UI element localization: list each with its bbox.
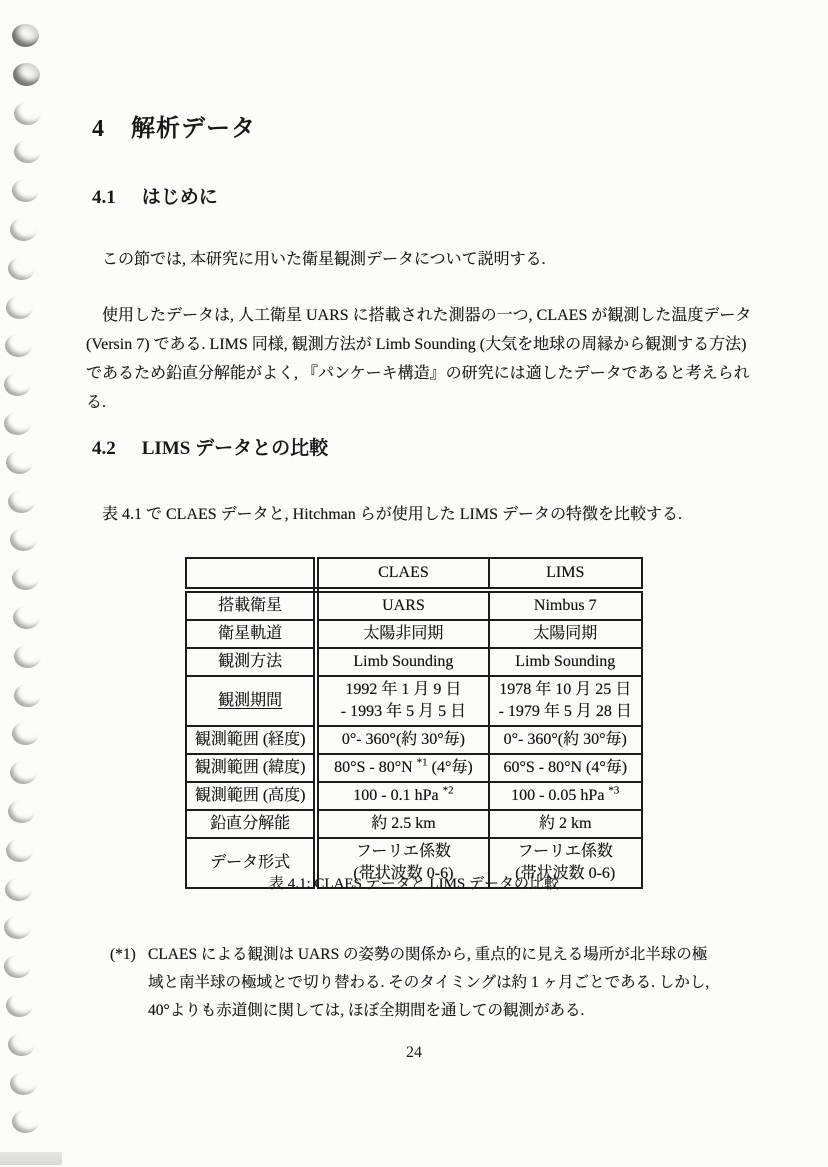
binding-hole	[5, 334, 32, 357]
binding-hole	[12, 1110, 39, 1133]
binding-hole	[6, 451, 33, 474]
table-header-lims: LIMS	[489, 558, 642, 590]
row-label: 観測範囲 (緯度)	[186, 754, 316, 782]
binding-hole	[12, 179, 39, 202]
cell-claes: 80°S - 80°N *1 (4°毎)	[316, 754, 488, 782]
binding-hole	[13, 606, 40, 629]
binding-hole	[12, 567, 39, 590]
binding-hole	[14, 102, 41, 125]
subsection-number: 4.1	[92, 187, 116, 208]
binding-hole	[5, 878, 32, 901]
cell-claes: 1992 年 1 月 9 日 - 1993 年 5 月 5 日	[316, 676, 488, 726]
paragraph-intro: この節では, 本研究に用いた衛星観測データについて説明する.	[86, 245, 754, 274]
binding-hole	[8, 490, 35, 513]
subsection-title: はじめに	[142, 187, 218, 208]
paragraph-comparison: 表 4.1 で CLAES データと, Hitchman らが使用した LIMS…	[86, 500, 754, 529]
period-line: - 1979 年 5 月 28 日	[499, 703, 632, 720]
cell-claes: 太陽非同期	[316, 620, 488, 648]
binding-hole	[10, 218, 37, 241]
range-value: 80°S - 80°N	[334, 759, 417, 776]
footnote-ref: *1	[417, 757, 428, 769]
footnote-marker: (*1)	[110, 941, 148, 969]
cell-lims: 0°- 360°(約 30°毎)	[489, 726, 642, 754]
binding-hole	[8, 257, 35, 280]
binding-hole	[10, 761, 37, 784]
binding-hole	[4, 412, 31, 435]
cell-claes: 約 2.5 km	[316, 810, 488, 838]
binding-hole	[14, 140, 41, 163]
range-suffix: (4°毎)	[428, 759, 473, 776]
binding-hole	[14, 645, 41, 668]
table-row-range-altitude: 観測範囲 (高度) 100 - 0.1 hPa *2 100 - 0.05 hP…	[186, 782, 642, 810]
cell-claes: 0°- 360°(約 30°毎)	[316, 726, 488, 754]
binding-hole	[8, 800, 35, 823]
cell-lims: Nimbus 7	[489, 590, 642, 620]
table-row-range-latitude: 観測範囲 (緯度) 80°S - 80°N *1 (4°毎) 60°S - 80…	[186, 754, 642, 782]
row-label: 観測方法	[186, 648, 316, 676]
footnote-ref: *2	[443, 785, 454, 797]
range-value: 100 - 0.05 hPa	[511, 787, 608, 804]
format-line: フーリエ係数	[518, 843, 613, 860]
row-label: 鉛直分解能	[186, 810, 316, 838]
cell-claes: 100 - 0.1 hPa *2	[316, 782, 488, 810]
comparison-table-wrapper: CLAES LIMS 搭載衛星 UARS Nimbus 7 衛星軌道 太陽非同期…	[185, 557, 643, 889]
binding-hole	[12, 722, 39, 745]
table-row-orbit: 衛星軌道 太陽非同期 太陽同期	[186, 620, 642, 648]
range-value: 100 - 0.1 hPa	[353, 787, 442, 804]
cell-claes: UARS	[316, 590, 488, 620]
binding-hole	[12, 24, 39, 47]
binding-hole	[13, 63, 40, 86]
row-label: 衛星軌道	[186, 620, 316, 648]
table-corner-cell	[186, 558, 316, 590]
subsection-number: 4.2	[92, 438, 116, 459]
table-row-resolution: 鉛直分解能 約 2.5 km 約 2 km	[186, 810, 642, 838]
format-line: フーリエ係数	[356, 843, 451, 860]
row-label: 搭載衛星	[186, 590, 316, 620]
period-line: 1978 年 10 月 25 日	[499, 681, 631, 698]
paragraph-data-description: 使用したデータは, 人工衛星 UARS に搭載された測器の一つ, CLAES が…	[86, 301, 754, 417]
binding-hole	[10, 528, 37, 551]
period-line: - 1993 年 5 月 5 日	[341, 703, 466, 720]
binding-hole	[4, 916, 31, 939]
binding-hole	[4, 955, 31, 978]
binding-hole	[6, 994, 33, 1017]
binding-hole	[6, 296, 33, 319]
table-row-range-longitude: 観測範囲 (経度) 0°- 360°(約 30°毎) 0°- 360°(約 30…	[186, 726, 642, 754]
cell-claes: Limb Sounding	[316, 648, 488, 676]
table-row-period: 観測期間 1992 年 1 月 9 日 - 1993 年 5 月 5 日 197…	[186, 676, 642, 726]
subsection-heading-comparison: 4.2LIMS データとの比較	[92, 433, 328, 460]
binding-hole	[4, 373, 31, 396]
binding-hole	[14, 684, 41, 707]
row-label: 観測期間	[186, 676, 316, 726]
section-title: 解析データ	[131, 116, 256, 142]
section-number: 4	[92, 116, 105, 142]
table-row-method: 観測方法 Limb Sounding Limb Sounding	[186, 648, 642, 676]
cell-lims: 1978 年 10 月 25 日 - 1979 年 5 月 28 日	[489, 676, 642, 726]
table-row-satellite: 搭載衛星 UARS Nimbus 7	[186, 590, 642, 620]
cell-lims: 100 - 0.05 hPa *3	[489, 782, 642, 810]
cell-lims: Limb Sounding	[489, 648, 642, 676]
binding-hole	[6, 839, 33, 862]
footnote-text: CLAES による観測は UARS の姿勢の関係から, 重点的に見える場所が北半…	[148, 941, 710, 1025]
table-caption: 表 4.1: CLAES データと LIMS データの比較	[185, 872, 643, 893]
cell-lims: 太陽同期	[489, 620, 642, 648]
subsection-heading-intro: 4.1はじめに	[92, 182, 218, 209]
binding-hole	[10, 1072, 37, 1095]
scan-edge-smudge	[0, 1152, 62, 1165]
scanned-page: 4解析データ 4.1はじめに この節では, 本研究に用いた衛星観測データについて…	[0, 0, 828, 1167]
footnote: (*1) CLAES による観測は UARS の姿勢の関係から, 重点的に見える…	[110, 941, 710, 1025]
row-label: 観測範囲 (高度)	[186, 782, 316, 810]
row-label: 観測範囲 (経度)	[186, 726, 316, 754]
footnote-ref: *3	[608, 785, 619, 797]
table-header-claes: CLAES	[316, 558, 488, 590]
cell-lims: 60°S - 80°N (4°毎)	[489, 754, 642, 782]
table-header-row: CLAES LIMS	[186, 558, 642, 590]
section-heading: 4解析データ	[92, 108, 256, 143]
comparison-table: CLAES LIMS 搭載衛星 UARS Nimbus 7 衛星軌道 太陽非同期…	[185, 557, 643, 889]
cell-lims: 約 2 km	[489, 810, 642, 838]
page-number: 24	[0, 1044, 828, 1062]
subsection-title: LIMS データとの比較	[142, 438, 328, 459]
period-line: 1992 年 1 月 9 日	[345, 681, 461, 698]
